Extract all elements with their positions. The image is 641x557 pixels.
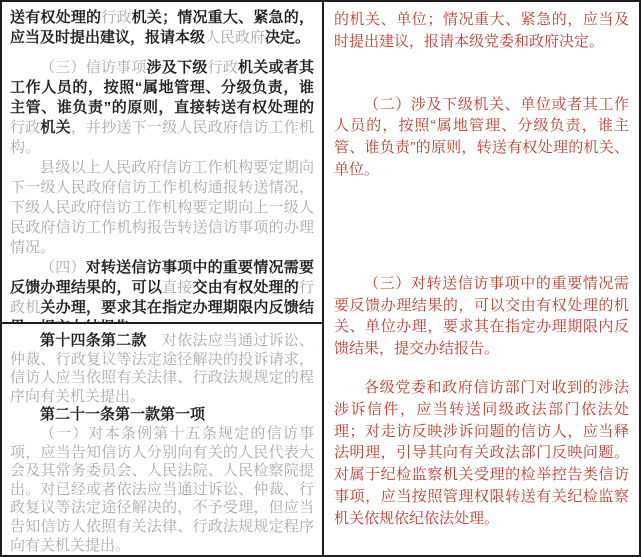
- old-version-lower-cell: 第十四条第二款 对依法应当通过诉讼、仲裁、行政复议等法定途径解决的投诉请求，信访…: [2, 324, 322, 555]
- text-segment: （二）涉及下级机关、单位或者其工作人员的，按照“属地管理、分级负责，谁主管、谁负…: [334, 96, 629, 178]
- text-segment: 行政: [10, 119, 40, 136]
- text-segment: 行政: [101, 9, 131, 26]
- text-segment: 决定。: [265, 29, 310, 46]
- text-segment: 涉及下级: [147, 59, 208, 76]
- old-version-column: 送有权处理的行政机关；情况重大、紧急的，应当及时提出建议，报请本级人民政府决定。…: [2, 2, 324, 555]
- text-segment: （一）对本条例第十五条规定的信访事项，应当告知信访人分别向有关的人民代表大会及其…: [10, 425, 314, 554]
- text-segment: 人民政府: [205, 29, 265, 46]
- old-version-upper-cell: 送有权处理的行政机关；情况重大、紧急的，应当及时提出建议，报请本级人民政府决定。…: [2, 2, 322, 324]
- paragraph-old-article-21-heading: 第二十一条第一款第一项: [10, 406, 314, 425]
- text-segment: 县级以上人民政府信访工作机构要定期向下一级人民政府信访工作机构通报转送情况，下级…: [10, 159, 314, 256]
- paragraph-old-article-14: 第十四条第二款 对依法应当通过诉讼、仲裁、行政复议等法定途径解决的投诉请求，信访…: [10, 332, 314, 406]
- text-segment: 第二十一条第一款第一项: [40, 406, 205, 423]
- paragraph-old-reporting: 县级以上人民政府信访工作机构要定期向下一级人民政府信访工作机构通报转送情况，下级…: [10, 158, 314, 258]
- paragraph-old-item-4: （四）对转送信访事项中的重要情况需要反馈办理结果的，可以直接交由有权处理的行政机…: [10, 258, 314, 324]
- text-segment: （三）对转送信访事项中的重要情况需要反馈办理结果的，可以交由有权处理的机关、单位…: [334, 275, 629, 357]
- paragraph-new-item-3: （三）对转送信访事项中的重要情况需要反馈办理结果的，可以交由有权处理的机关、单位…: [334, 273, 629, 360]
- new-version-column: 的机关、单位；情况重大、紧急的，应当及时提出建议，报请本级党委和政府决定。 （二…: [324, 2, 639, 555]
- paragraph-old-continuation: 送有权处理的行政机关；情况重大、紧急的，应当及时提出建议，报请本级人民政府决定。: [10, 8, 314, 48]
- text-segment: 的机关、单位；情况重大、紧急的，应当及时提出建议，报请本级党委和政府决定。: [334, 11, 629, 50]
- text-segment: 机关: [40, 119, 70, 136]
- paragraph-new-continuation: 的机关、单位；情况重大、紧急的，应当及时提出建议，报请本级党委和政府决定。: [334, 9, 629, 53]
- comparison-table: 送有权处理的行政机关；情况重大、紧急的，应当及时提出建议，报请本级人民政府决定。…: [0, 0, 641, 557]
- text-segment: 行政: [208, 59, 238, 76]
- text-segment: （三）信访事项: [40, 59, 147, 76]
- paragraph-new-referral: 各级党委和政府信访部门对收到的涉法涉诉信件，应当转送同级政法部门依法处理；对走访…: [334, 377, 629, 530]
- text-segment: 关办理，要求其在指定办理期限内反馈结果，提交办结报告。: [10, 299, 314, 324]
- text-segment: （四）: [40, 259, 86, 276]
- paragraph-new-item-2: （二）涉及下级机关、单位或者其工作人员的，按照“属地管理、分级负责，谁主管、谁负…: [334, 94, 629, 181]
- paragraph-old-article-21-item-1: （一）对本条例第十五条规定的信访事项，应当告知信访人分别向有关的人民代表大会及其…: [10, 425, 314, 555]
- text-segment: 直接: [162, 279, 192, 296]
- paragraph-old-item-3: （三）信访事项涉及下级行政机关或者其工作人员的，按照“属地管理、分级负责，谁主管…: [10, 58, 314, 158]
- text-segment: 送有权处理的: [10, 9, 101, 26]
- text-segment: 各级党委和政府信访部门对收到的涉法涉诉信件，应当转送同级政法部门依法处理；对走访…: [334, 379, 629, 527]
- text-segment: 第十四条第二款: [40, 332, 147, 349]
- text-segment: 交由有权处理的: [193, 279, 299, 296]
